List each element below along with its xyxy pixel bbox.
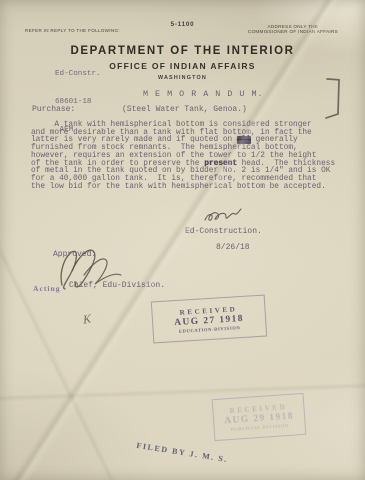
aem-initials-signature xyxy=(200,206,244,226)
approver-title: Chief, Edu-Division. xyxy=(69,281,165,290)
address-note-line2: COMMISSIONER OF INDIAN AFFAIRS xyxy=(248,29,338,34)
body-line: the low bid for the tank with hemispheri… xyxy=(31,184,351,192)
filed-by-stamp: FILED BY J. M. S. xyxy=(136,441,229,464)
division-signature-line: Ed-Construction. xyxy=(185,227,262,236)
purchase-label: Purchase: xyxy=(32,105,75,114)
memorandum-heading: M E M O R A N D U M. xyxy=(143,89,264,99)
received-purchase-stamp: RECEIVED AUG 29 1918 PURCHASE DIVISION xyxy=(212,393,307,441)
subject-line: (Steel Water Tank, Genoa.) xyxy=(122,105,247,114)
memo-body: A tank with hemispherical bottom is cons… xyxy=(31,122,351,191)
refer-in-reply-note: REFER IN REPLY TO THE FOLLOWING: xyxy=(25,28,120,33)
file-ref-line1: Ed-Constr. xyxy=(55,70,101,79)
acting-stamp: Acting xyxy=(33,284,61,293)
pencil-check-mark: K xyxy=(82,311,91,328)
memo-document-page: REFER IN REPLY TO THE FOLLOWING: 5-1100 … xyxy=(0,0,365,480)
pencil-bracket-mark xyxy=(324,76,346,122)
received-education-stamp: RECEIVED AUG 27 1918 EDUCATION-DIVISION xyxy=(151,295,267,344)
memo-date: 8/26/18 xyxy=(216,243,250,252)
